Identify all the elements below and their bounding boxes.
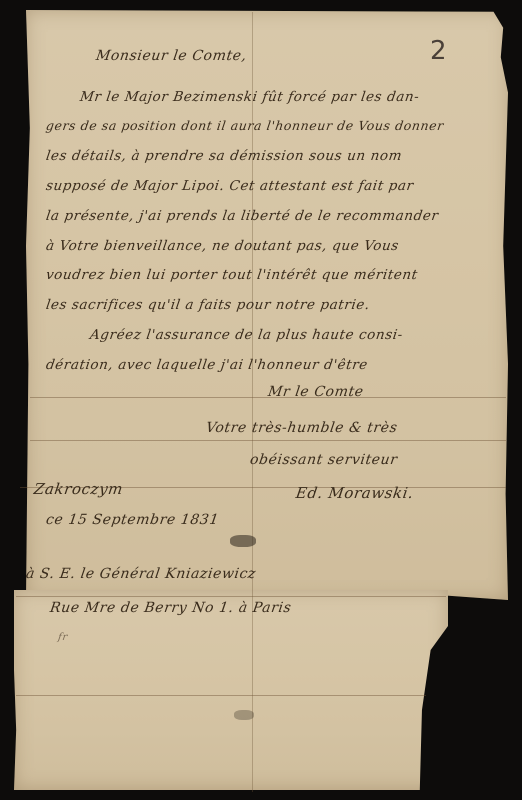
closing-line: obéissant serviteur	[249, 452, 399, 468]
signature: Ed. Morawski.	[295, 484, 415, 502]
body-line: Agréez l'assurance de la plus haute cons…	[89, 327, 404, 343]
body-line: la présente, j'ai prends la liberté de l…	[45, 208, 440, 224]
place: Zakroczym	[33, 480, 125, 498]
body-line: gers de sa position dont il aura l'honne…	[45, 118, 445, 133]
body-line: voudrez bien lui porter tout l'intérêt q…	[45, 267, 419, 283]
page-number: 2	[430, 36, 447, 66]
fold-line	[16, 695, 426, 696]
salutation: Monsieur le Comte,	[95, 48, 248, 64]
body-line: les sacrifices qu'il a faits pour notre …	[45, 297, 371, 313]
paper-damage	[230, 535, 256, 547]
fold-line	[30, 440, 506, 441]
body-line: supposé de Major Lipoi. Cet attestant es…	[45, 178, 415, 194]
margin-note: fr	[57, 632, 68, 643]
address-line: Rue Mre de Berry No 1. à Paris	[49, 600, 293, 616]
date: ce 15 Septembre 1831	[45, 512, 220, 528]
body-line: à Votre bienveillance, ne doutant pas, q…	[45, 238, 400, 254]
closing-line: Votre très-humble & très	[205, 420, 399, 436]
body-line: les détails, à prendre sa démission sous…	[45, 148, 403, 164]
letter-sheet-lower	[14, 590, 448, 790]
body-line: Mr le Major Bezimenski fût forcé par les…	[79, 89, 421, 105]
paper-damage	[234, 710, 254, 720]
closing-addressee: Mr le Comte	[267, 384, 365, 400]
fold-line	[16, 596, 446, 597]
body-line: dération, avec laquelle j'ai l'honneur d…	[45, 357, 369, 373]
address-line: à S. E. le Général Kniaziewicz	[25, 566, 257, 582]
